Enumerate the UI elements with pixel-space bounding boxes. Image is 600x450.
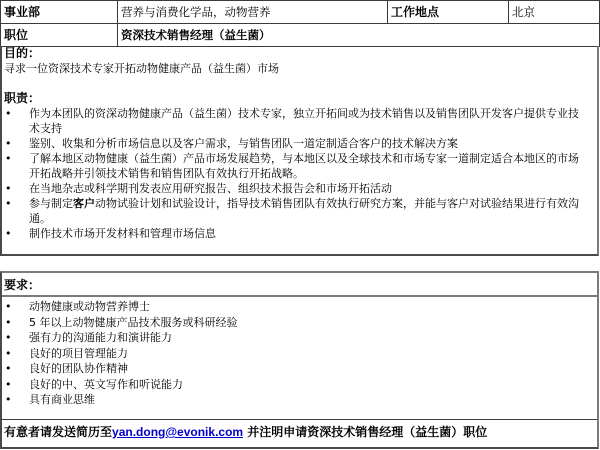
- bullet-icon: •: [5, 377, 12, 392]
- bullet-icon: •: [5, 346, 12, 361]
- header-row-division: 事业部 营养与消费化学品，动物营养 工作地点 北京: [1, 1, 600, 24]
- requirements-section: 要求： • 动物健康或动物营养博士 • 5 年以上动物健康产品技术服务或科研经验…: [0, 271, 599, 449]
- requirement-item: • 具有商业思维: [2, 392, 597, 408]
- purpose-title: 目的：: [2, 46, 597, 61]
- requirement-text: 良好的项目管理能力: [29, 347, 128, 360]
- bullet-icon: •: [5, 196, 12, 211]
- requirement-text: 动物健康或动物营养博士: [29, 300, 150, 313]
- duties-title: 职责：: [2, 91, 597, 106]
- bullet-icon: •: [5, 330, 12, 345]
- duty-item: • 制作技术市场开发材料和管理市场信息: [2, 226, 597, 241]
- requirement-item: • 强有力的沟通能力和演讲能力: [2, 330, 597, 346]
- requirement-item: • 动物健康或动物营养博士: [2, 299, 597, 315]
- division-label: 事业部: [1, 1, 118, 24]
- requirement-item: • 5 年以上动物健康产品技术服务或科研经验: [2, 315, 597, 331]
- bullet-icon: •: [5, 151, 12, 166]
- requirement-text: 具有商业思维: [29, 393, 95, 406]
- duty-item: • 在当地杂志或科学期刊发表应用研究报告、组织技术报告会和市场开拓活动: [2, 181, 597, 196]
- requirement-text: 良好的中、英文写作和听说能力: [29, 378, 183, 391]
- duty-text-bold: 客户: [73, 197, 95, 210]
- requirement-text: 5 年以上动物健康产品技术服务或科研经验: [29, 316, 238, 329]
- requirements-title: 要求：: [2, 273, 597, 297]
- duty-text-suffix: 动物试验计划和试验设计，指导技术销售团队有效执行研究方案，并能与客户对试验结果进…: [29, 197, 579, 225]
- requirement-item: • 良好的中、英文写作和听说能力: [2, 377, 597, 393]
- requirement-item: • 良好的团队协作精神: [2, 361, 597, 377]
- bullet-icon: •: [5, 315, 12, 330]
- requirement-item: • 良好的项目管理能力: [2, 346, 597, 362]
- contact-email-link[interactable]: yan.dong@evonik.com: [112, 425, 243, 439]
- position-label: 职位: [1, 24, 118, 47]
- position-value: 资深技术销售经理（益生菌）: [118, 24, 600, 47]
- bullet-icon: •: [5, 136, 12, 151]
- contact-prefix: 有意者请发送简历至: [4, 425, 112, 439]
- bullet-icon: •: [5, 226, 12, 241]
- bullet-icon: •: [5, 181, 12, 196]
- bullet-icon: •: [5, 392, 12, 407]
- duty-item: • 鉴别、收集和分析市场信息以及客户需求，与销售团队一道定制适合客户的技术解决方…: [2, 136, 597, 151]
- contact-line: 有意者请发送简历至yan.dong@evonik.com 并注明申请资深技术销售…: [2, 419, 597, 448]
- spacer: [2, 76, 597, 91]
- location-label: 工作地点: [388, 1, 509, 24]
- location-value: 北京: [509, 1, 600, 24]
- header-row-position: 职位 资深技术销售经理（益生菌）: [1, 24, 600, 47]
- duty-item: • 参与制定客户动物试验计划和试验设计，指导技术销售团队有效执行研究方案，并能与…: [2, 196, 597, 226]
- bullet-icon: •: [5, 361, 12, 376]
- duty-text: 作为本团队的资深动物健康产品（益生菌）技术专家，独立开拓间或为技术销售以及销售团…: [29, 107, 579, 135]
- duty-text-prefix: 参与制定: [29, 197, 73, 210]
- duties-list: • 作为本团队的资深动物健康产品（益生菌）技术专家，独立开拓间或为技术销售以及销…: [2, 106, 597, 241]
- purpose-duties-section: 目的： 寻求一位资深技术专家开拓动物健康产品（益生菌）市场 职责： • 作为本团…: [0, 46, 599, 256]
- duty-text: 鉴别、收集和分析市场信息以及客户需求，与销售团队一道定制适合客户的技术解决方案: [29, 137, 458, 150]
- contact-suffix: 并注明申请资深技术销售经理（益生菌）职位: [243, 425, 487, 439]
- duty-text: 制作技术市场开发材料和管理市场信息: [29, 227, 216, 240]
- job-header-table: 事业部 营养与消费化学品，动物营养 工作地点 北京 职位 资深技术销售经理（益生…: [0, 0, 600, 47]
- requirement-text: 良好的团队协作精神: [29, 362, 128, 375]
- requirement-text: 强有力的沟通能力和演讲能力: [29, 331, 172, 344]
- division-value: 营养与消费化学品，动物营养: [118, 1, 388, 24]
- bullet-icon: •: [5, 106, 12, 121]
- duty-item: • 作为本团队的资深动物健康产品（益生菌）技术专家，独立开拓间或为技术销售以及销…: [2, 106, 597, 136]
- purpose-text: 寻求一位资深技术专家开拓动物健康产品（益生菌）市场: [2, 61, 597, 76]
- duty-text: 在当地杂志或科学期刊发表应用研究报告、组织技术报告会和市场开拓活动: [29, 182, 392, 195]
- duty-item: • 了解本地区动物健康（益生菌）产品市场发展趋势，与本地区以及全球技术和市场专家…: [2, 151, 597, 181]
- bullet-icon: •: [5, 299, 12, 314]
- duty-text: 了解本地区动物健康（益生菌）产品市场发展趋势，与本地区以及全球技术和市场专家一道…: [29, 152, 579, 180]
- requirements-list: • 动物健康或动物营养博士 • 5 年以上动物健康产品技术服务或科研经验 • 强…: [2, 297, 597, 408]
